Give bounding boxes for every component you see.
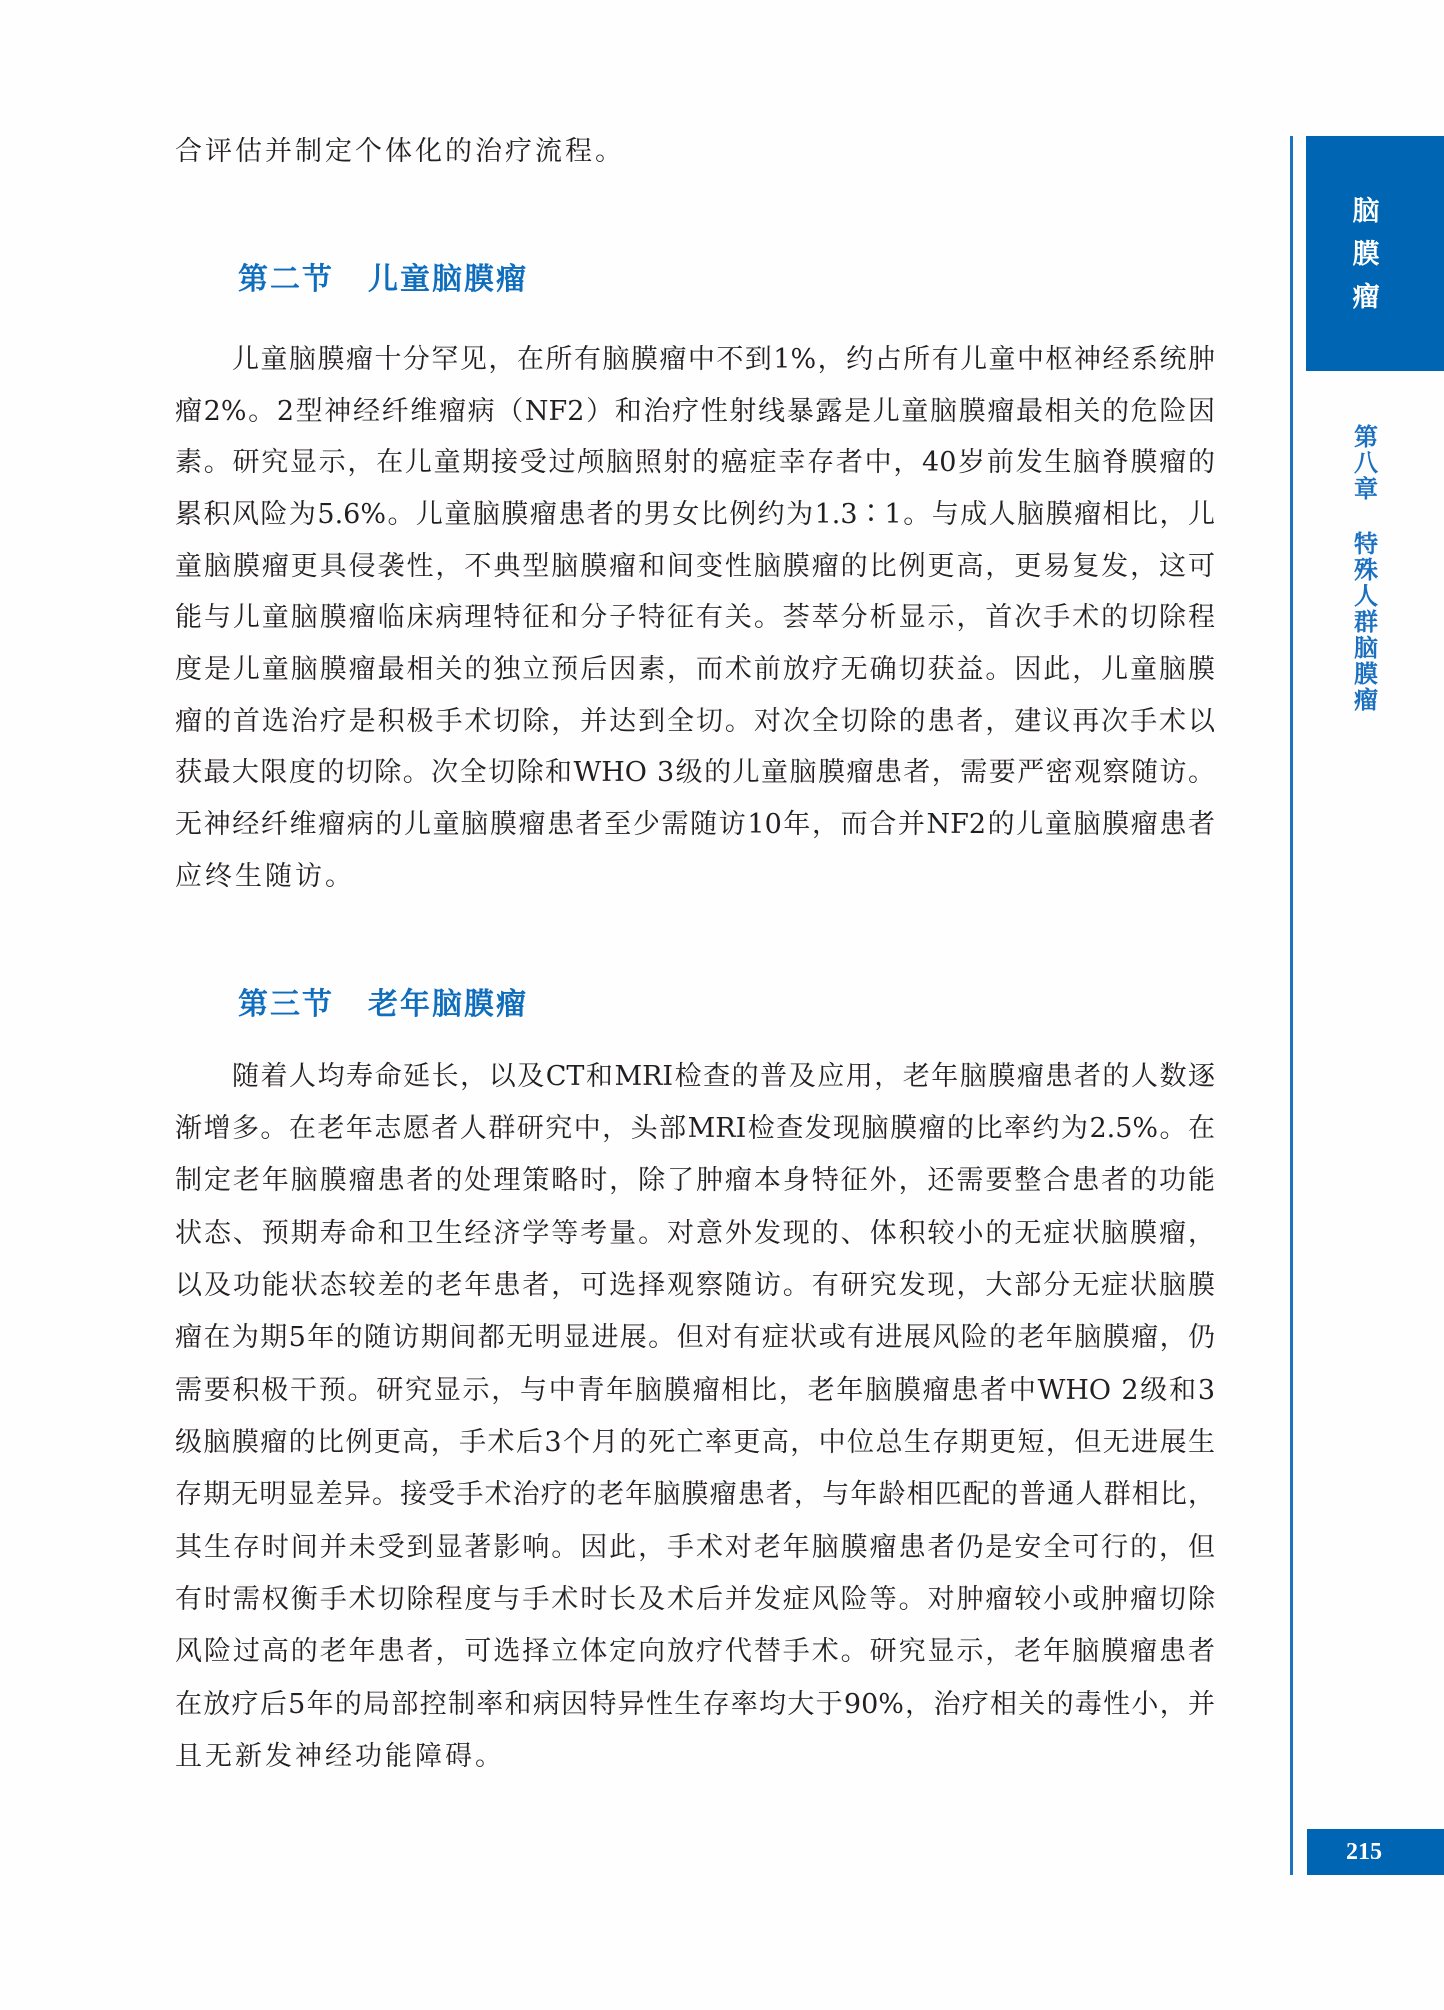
chapter-char: 特 [1340,531,1392,557]
chapter-char: 章 [1340,476,1392,502]
body-line: 状态、预期寿命和卫生经济学等考量。对意外发现的、体积较小的无症状脑膜瘤， [175,1214,1215,1254]
body-line: 累积风险为5.6%。儿童脑膜瘤患者的男女比例约为1.3∶1。与成人脑膜瘤相比，儿 [175,495,1215,535]
page-number-box: 215 [1307,1829,1444,1875]
section-number: 第二节 [238,262,334,297]
body-line: 能与儿童脑膜瘤临床病理特征和分子特征有关。荟萃分析显示，首次手术的切除程 [175,598,1215,638]
chapter-char: 群 [1340,609,1392,635]
body-line: 童脑膜瘤更具侵袭性，不典型脑膜瘤和间变性脑膜瘤的比例更高，更易复发，这可 [175,547,1215,587]
margin-rule [1290,136,1293,1875]
body-line: 以及功能状态较差的老年患者，可选择观察随访。有研究发现，大部分无症状脑膜 [175,1266,1215,1306]
body-line: 瘤的首选治疗是积极手术切除，并达到全切。对次全切除的患者，建议再次手术以 [175,702,1215,742]
chapter-char: 人 [1340,583,1392,609]
page-number: 215 [1307,1829,1421,1875]
body-line: 需要积极干预。研究显示，与中青年脑膜瘤相比，老年脑膜瘤患者中WHO 2级和3 [175,1371,1215,1411]
body-line: 存期无明显差异。接受手术治疗的老年脑膜瘤患者，与年龄相匹配的普通人群相比， [175,1475,1215,1515]
continuation-line: 合评估并制定个体化的治疗流程。 [175,132,625,172]
section-heading-elderly: 第三节老年脑膜瘤 [238,983,528,1027]
body-line: 瘤2%。2型神经纤维瘤病（NF2）和治疗性射线暴露是儿童脑膜瘤最相关的危险因 [175,392,1215,432]
body-line: 渐增多。在老年志愿者人群研究中，头部MRI检查发现脑膜瘤的比率约为2.5%。在 [175,1109,1215,1149]
tab-char: 瘤 [1306,282,1426,314]
book-page: 合评估并制定个体化的治疗流程。 第二节儿童脑膜瘤 儿童脑膜瘤十分罕见，在所有脑膜… [0,0,1444,2010]
body-line: 儿童脑膜瘤十分罕见，在所有脑膜瘤中不到1%，约占所有儿童中枢神经系统肿 [232,340,1215,380]
body-line: 度是儿童脑膜瘤最相关的独立预后因素，而术前放疗无确切获益。因此，儿童脑膜 [175,650,1215,690]
body-line: 随着人均寿命延长，以及CT和MRI检查的普及应用，老年脑膜瘤患者的人数逐 [232,1057,1215,1097]
body-line: 级脑膜瘤的比例更高，手术后3个月的死亡率更高，中位总生存期更短，但无进展生 [175,1423,1215,1463]
chapter-char: 八 [1340,450,1392,476]
body-line: 无神经纤维瘤病的儿童脑膜瘤患者至少需随访10年，而合并NF2的儿童脑膜瘤患者 [175,805,1215,845]
body-line: 制定老年脑膜瘤患者的处理策略时，除了肿瘤本身特征外，还需要整合患者的功能 [175,1161,1215,1201]
body-line: 且无新发神经功能障碍。 [175,1737,505,1777]
chapter-char: 殊 [1340,557,1392,583]
body-line: 应终生随访。 [175,857,355,897]
section-title: 老年脑膜瘤 [368,987,528,1022]
chapter-char: 第 [1340,424,1392,450]
body-line: 素。研究显示，在儿童期接受过颅脑照射的癌症幸存者中，40岁前发生脑脊膜瘤的 [175,443,1215,483]
chapter-title-vertical: 特 殊 人 群 脑 膜 瘤 [1340,531,1392,713]
body-line: 有时需权衡手术切除程度与手术时长及术后并发症风险等。对肿瘤较小或肿瘤切除 [175,1580,1215,1620]
section-heading-pediatric: 第二节儿童脑膜瘤 [238,258,528,302]
body-line: 获最大限度的切除。次全切除和WHO 3级的儿童脑膜瘤患者，需要严密观察随访。 [175,753,1215,793]
body-line: 瘤在为期5年的随访期间都无明显进展。但对有症状或有进展风险的老年脑膜瘤，仍 [175,1318,1215,1358]
section-title: 儿童脑膜瘤 [368,262,528,297]
tab-char: 脑 [1306,196,1426,228]
body-line: 其生存时间并未受到显著影响。因此，手术对老年脑膜瘤患者仍是安全可行的，但 [175,1528,1215,1568]
body-line: 在放疗后5年的局部控制率和病因特异性生存率均大于90%，治疗相关的毒性小，并 [175,1685,1215,1725]
tab-char: 膜 [1306,239,1426,271]
body-line: 风险过高的老年患者，可选择立体定向放疗代替手术。研究显示，老年脑膜瘤患者 [175,1632,1215,1672]
chapter-thumb-tab: 脑 膜 瘤 [1306,136,1444,371]
chapter-char: 膜 [1340,661,1392,687]
section-number: 第三节 [238,987,334,1022]
chapter-number-vertical: 第 八 章 [1340,424,1392,502]
chapter-char: 脑 [1340,635,1392,661]
chapter-char: 瘤 [1340,687,1392,713]
